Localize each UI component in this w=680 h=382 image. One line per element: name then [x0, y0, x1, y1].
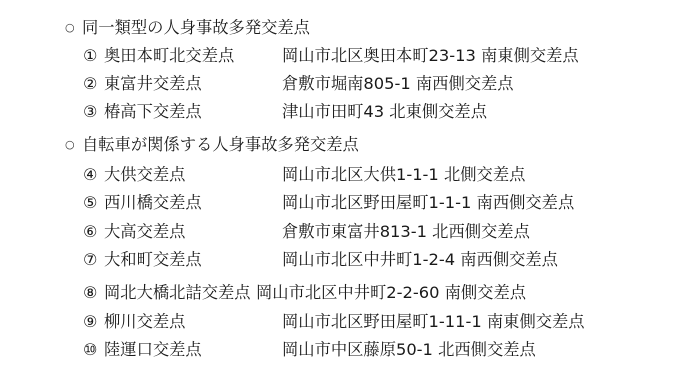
slide-page: ○ 同一類型の人身事故多発交差点 ① 奥田本町北交差点 岡山市北区奥田本町23-…: [0, 0, 680, 382]
intersection-address: 岡山市中区藤原50-1 北西側交差点: [282, 340, 536, 360]
item-number: ⑤: [83, 193, 97, 213]
section-title: 自転車が関係する人身事故多発交差点: [82, 135, 359, 155]
section-heading: ○ 同一類型の人身事故多発交差点: [0, 18, 680, 38]
intersection-item: ⑥ 大高交差点 倉敷市東富井813-1 北西側交差点: [0, 222, 680, 242]
section-title: 同一類型の人身事故多発交差点: [82, 18, 310, 38]
intersection-address: 岡山市北区中井町1-2-4 南西側交差点: [282, 250, 558, 270]
intersection-item: ⑤ 西川橋交差点 岡山市北区野田屋町1-1-1 南西側交差点: [0, 193, 680, 213]
intersection-name: 大和町交差点: [104, 250, 202, 270]
item-number: ⑨: [83, 312, 97, 332]
intersection-address: 岡山市北区野田屋町1-11-1 南東側交差点: [282, 312, 585, 332]
intersection-name: 柳川交差点: [104, 312, 185, 332]
intersection-item: ⑧ 岡北大橋北詰交差点 岡山市北区中井町2-2-60 南側交差点: [0, 283, 680, 303]
intersection-name: 岡北大橋北詰交差点: [104, 283, 251, 303]
item-number: ①: [83, 46, 97, 66]
intersection-item: ⑨ 柳川交差点 岡山市北区野田屋町1-11-1 南東側交差点: [0, 312, 680, 332]
intersection-name: 西川橋交差点: [104, 193, 202, 213]
intersection-item: ⑩ 陸運口交差点 岡山市中区藤原50-1 北西側交差点: [0, 340, 680, 360]
item-number: ④: [83, 165, 97, 185]
intersection-item: ⑦ 大和町交差点 岡山市北区中井町1-2-4 南西側交差点: [0, 250, 680, 270]
intersection-item: ④ 大供交差点 岡山市北区大供1-1-1 北側交差点: [0, 165, 680, 185]
intersection-name: 椿高下交差点: [104, 102, 202, 122]
intersection-name: 陸運口交差点: [104, 340, 202, 360]
intersection-name: 大供交差点: [104, 165, 185, 185]
item-number: ⑦: [83, 250, 97, 270]
section-heading: ○ 自転車が関係する人身事故多発交差点: [0, 135, 680, 155]
intersection-address: 岡山市北区奥田本町23-13 南東側交差点: [282, 46, 579, 66]
item-number: ⑥: [83, 222, 97, 242]
intersection-name: 大高交差点: [104, 222, 185, 242]
item-number: ⑧: [83, 283, 97, 303]
intersection-item: ② 東富井交差点 倉敷市堀南805-1 南西側交差点: [0, 74, 680, 94]
intersection-item: ③ 椿高下交差点 津山市田町43 北東側交差点: [0, 102, 680, 122]
item-number: ⑩: [83, 340, 97, 360]
intersection-name: 奥田本町北交差点: [104, 46, 234, 66]
item-number: ②: [83, 74, 97, 94]
intersection-address: 津山市田町43 北東側交差点: [282, 102, 487, 122]
intersection-address: 岡山市北区中井町2-2-60 南側交差点: [256, 283, 526, 303]
hollow-circle-bullet-icon: ○: [65, 135, 75, 155]
intersection-address: 岡山市北区大供1-1-1 北側交差点: [282, 165, 525, 185]
intersection-address: 岡山市北区野田屋町1-1-1 南西側交差点: [282, 193, 574, 213]
intersection-name: 東富井交差点: [104, 74, 202, 94]
intersection-address: 倉敷市東富井813-1 北西側交差点: [282, 222, 530, 242]
hollow-circle-bullet-icon: ○: [65, 18, 75, 38]
item-number: ③: [83, 102, 97, 122]
intersection-address: 倉敷市堀南805-1 南西側交差点: [282, 74, 514, 94]
intersection-item: ① 奥田本町北交差点 岡山市北区奥田本町23-13 南東側交差点: [0, 46, 680, 66]
